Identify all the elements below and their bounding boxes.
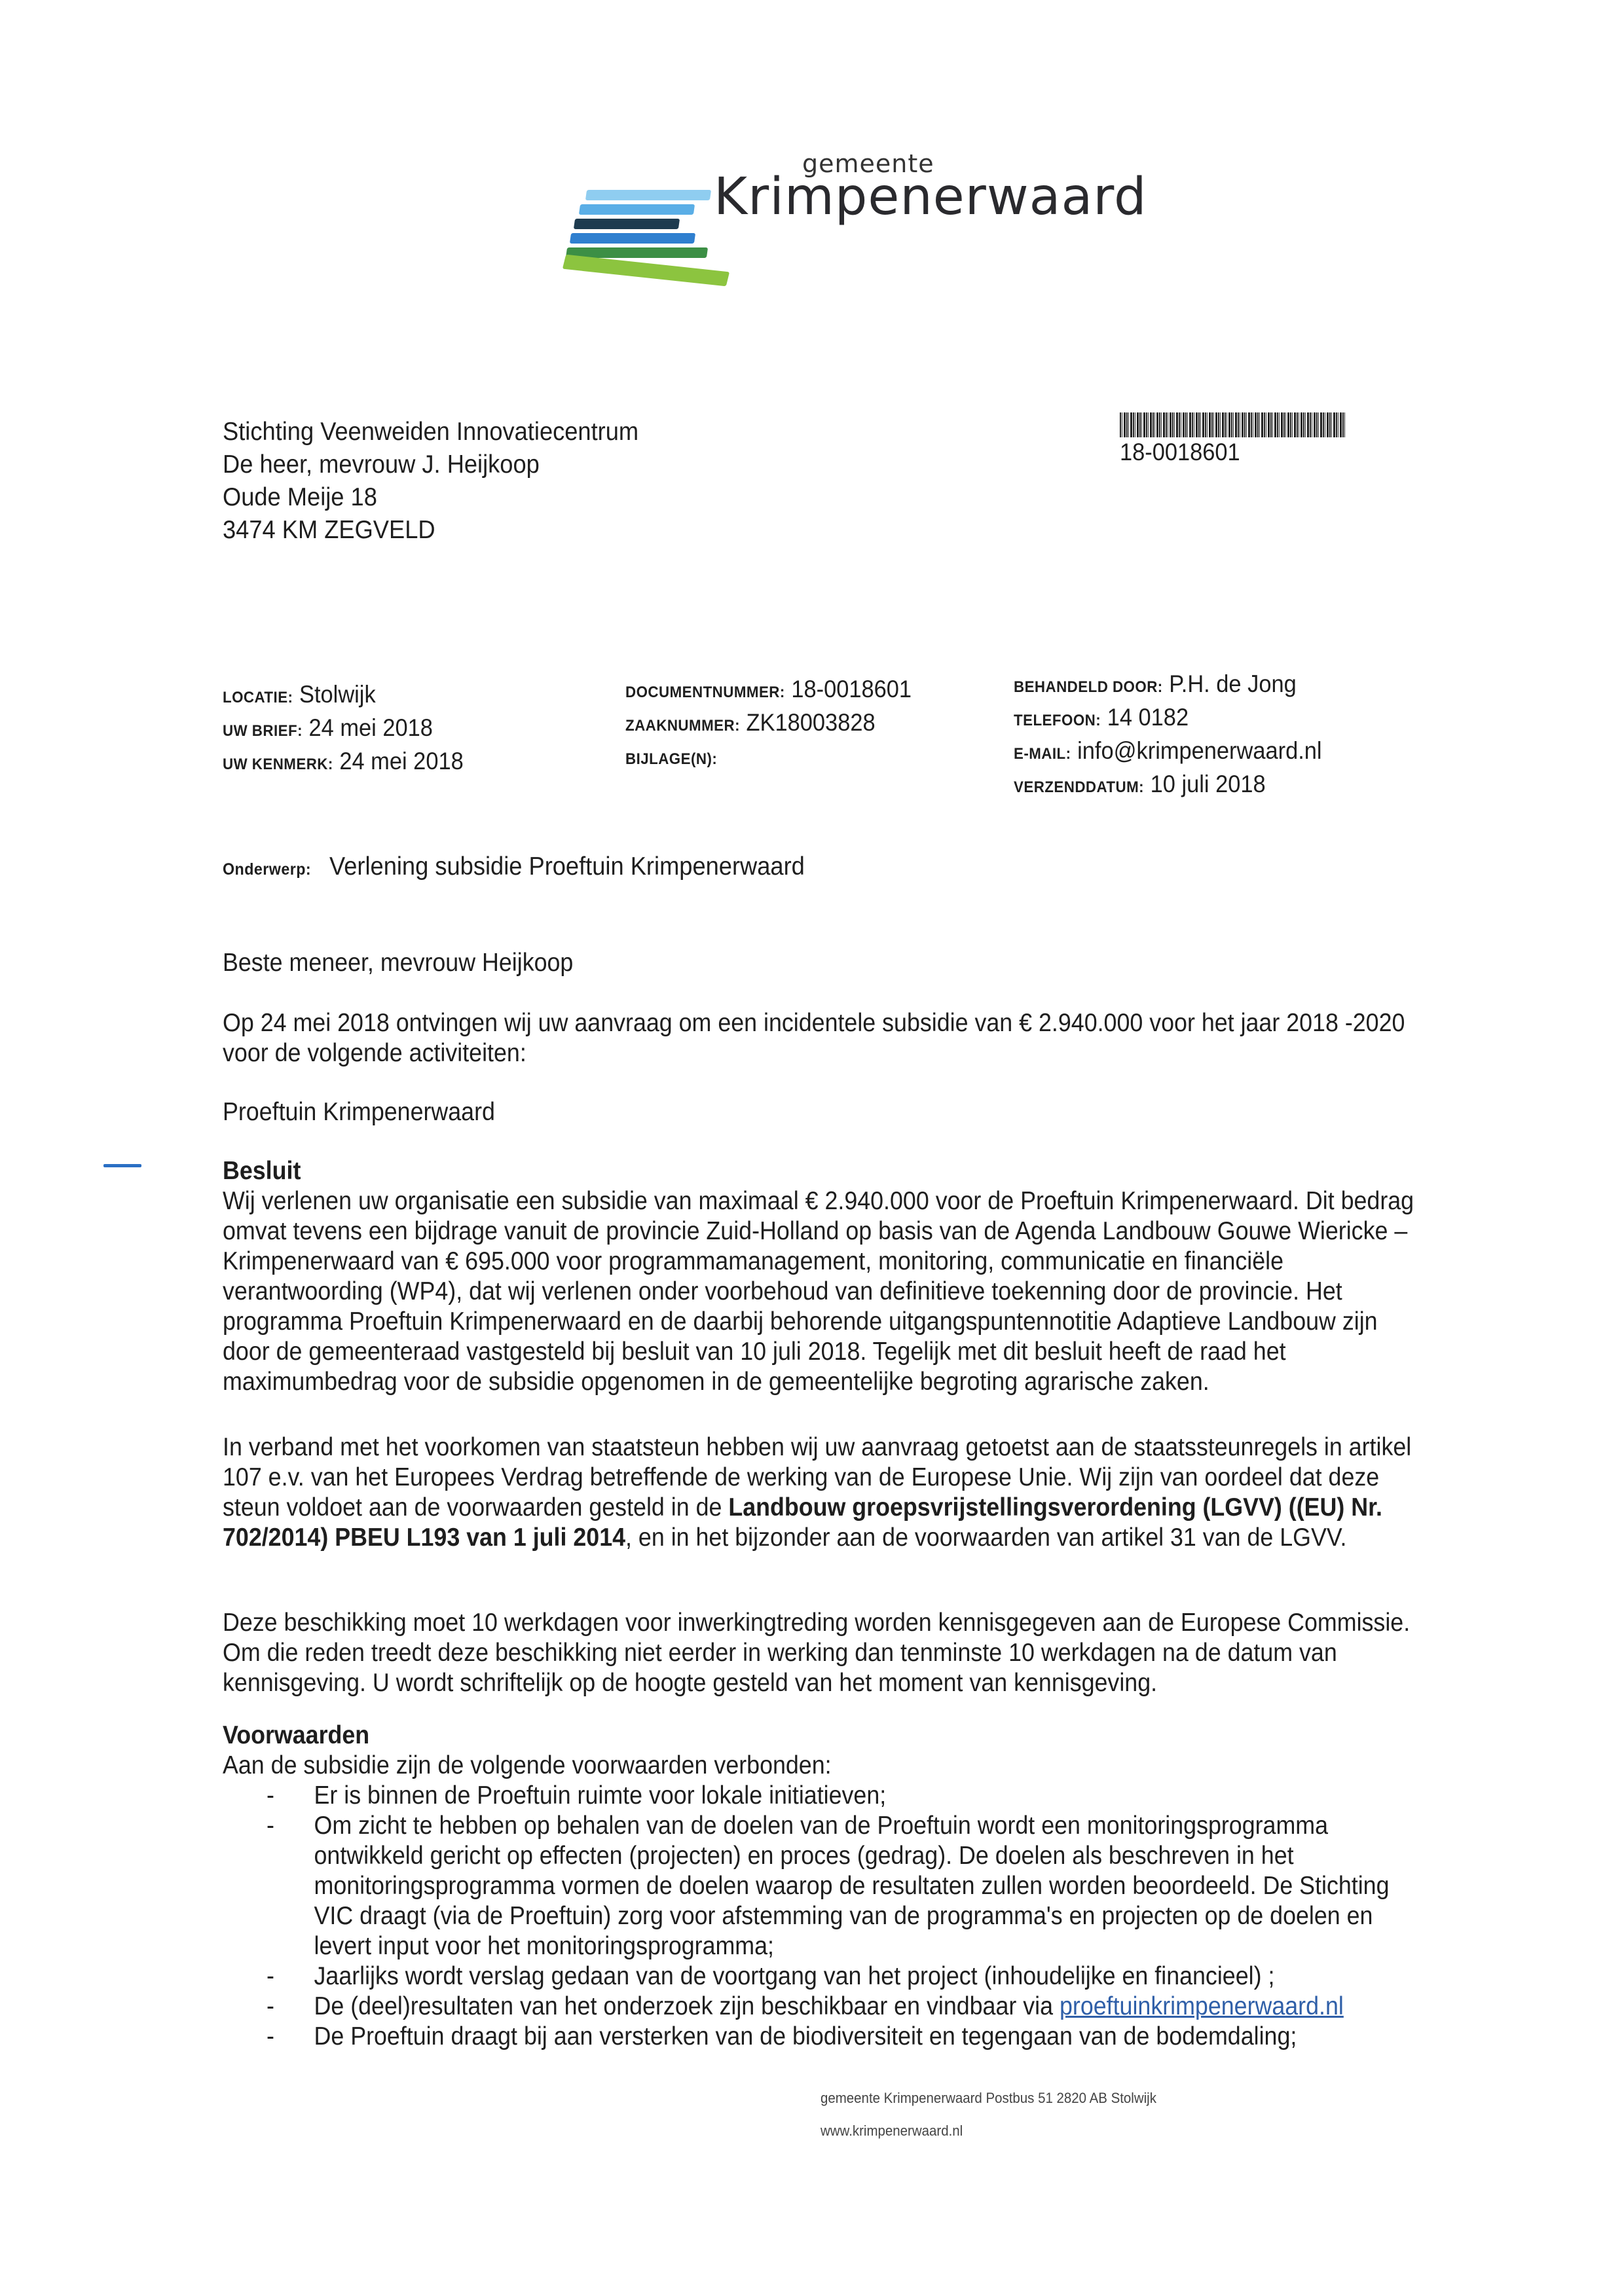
meta-value: 14 0182 (1107, 704, 1189, 731)
meta-row-uw-kenmerk: Uw kenmerk: 24 mei 2018 (223, 746, 464, 780)
meta-value: 18-0018601 (791, 676, 912, 702)
voorwaarden-heading: Voorwaarden (223, 1721, 1416, 1751)
meta-label: Documentnummer: (625, 683, 785, 701)
meta-label: Behandeld door: (1014, 678, 1163, 696)
meta-label: Uw kenmerk: (223, 756, 333, 773)
page-footer: gemeente Krimpenerwaard Postbus 51 2820 … (821, 2082, 1156, 2147)
condition-item: Er is binnen de Proeftuin ruimte voor lo… (223, 1781, 1416, 1811)
staatssteun-paragraph: In verband met het voorkomen van staatst… (223, 1432, 1416, 1553)
footer-website: www.krimpenerwaard.nl (821, 2115, 1156, 2147)
meta-row-zaaknummer: Zaaknummer: ZK18003828 (625, 708, 912, 741)
conditions-list: Er is binnen de Proeftuin ruimte voor lo… (223, 1781, 1416, 2052)
meta-row-telefoon: Telefoon: 14 0182 (1014, 702, 1322, 736)
address-line: Oude Meije 18 (223, 481, 638, 514)
margin-pen-mark (103, 1164, 141, 1167)
recipient-address: Stichting Veenweiden Innovatiecentrum De… (223, 416, 638, 547)
kennisgeving-paragraph: Deze beschikking moet 10 werkdagen voor … (223, 1608, 1416, 1698)
meta-value: 24 mei 2018 (339, 748, 463, 774)
footer-postal-address: gemeente Krimpenerwaard Postbus 51 2820 … (821, 2082, 1156, 2115)
intro-paragraph: Op 24 mei 2018 ontvingen wij uw aanvraag… (223, 1008, 1416, 1068)
condition-text: De Proeftuin draagt bij aan versterken v… (314, 2022, 1297, 2050)
meta-column-reference: Locatie: Stolwijk Uw brief: 24 mei 2018 … (223, 680, 464, 780)
besluit-paragraph: Wij verlenen uw organisatie een subsidie… (223, 1186, 1416, 1397)
meta-row-behandeld-door: Behandeld door: P.H. de Jong (1014, 669, 1322, 702)
logo-organization-name: Krimpenerwaard (714, 168, 1147, 227)
meta-row-locatie: Locatie: Stolwijk (223, 680, 464, 713)
subject-line: Onderwerp:Verlening subsidie Proeftuin K… (223, 852, 805, 881)
meta-value: ZK18003828 (747, 709, 876, 736)
condition-item: Om zicht te hebben op behalen van de doe… (223, 1811, 1416, 1961)
meta-label: Zaaknummer: (625, 717, 740, 735)
condition-text: Om zicht te hebben op behalen van de doe… (314, 1812, 1390, 1960)
meta-column-document: Documentnummer: 18-0018601 Zaaknummer: Z… (625, 674, 912, 774)
condition-item: De (deel)resultaten van het onderzoek zi… (223, 1992, 1416, 2022)
meta-label: E-mail: (1014, 745, 1071, 763)
condition-item: Jaarlijks wordt verslag gedaan van de vo… (223, 1961, 1416, 1992)
barcode-number: 18-0018601 (1120, 439, 1240, 466)
voorwaarden-section: Voorwaarden Aan de subsidie zijn de volg… (223, 1721, 1416, 2052)
meta-label: Locatie: (223, 689, 293, 706)
activity-name: Proeftuin Krimpenerwaard (223, 1097, 1416, 1127)
condition-item: De Proeftuin draagt bij aan versterken v… (223, 2022, 1416, 2052)
address-line: 3474 KM ZEGVELD (223, 514, 638, 547)
meta-row-uw-brief: Uw brief: 24 mei 2018 (223, 713, 464, 746)
condition-text: Jaarlijks wordt verslag gedaan van de vo… (314, 1962, 1275, 1990)
besluit-heading: Besluit (223, 1156, 1416, 1186)
barcode-icon (1120, 412, 1346, 437)
address-line: De heer, mevrouw J. Heijkoop (223, 448, 638, 481)
meta-value: P.H. de Jong (1169, 670, 1297, 697)
meta-label: Bijlage(n): (625, 750, 717, 768)
proeftuin-website-link[interactable]: proeftuinkrimpenerwaard.nl (1060, 1992, 1344, 2020)
subject-value: Verlening subsidie Proeftuin Krimpenerwa… (329, 852, 805, 881)
staatssteun-text-end: , en in het bijzonder aan de voorwaarden… (625, 1523, 1346, 1552)
address-line: Stichting Veenweiden Innovatiecentrum (223, 416, 638, 448)
voorwaarden-intro: Aan de subsidie zijn de volgende voorwaa… (223, 1751, 1416, 1781)
meta-row-bijlagen: Bijlage(n): (625, 741, 912, 774)
meta-label: Uw brief: (223, 722, 303, 740)
meta-value: 24 mei 2018 (309, 714, 433, 741)
meta-value: Stolwijk (299, 681, 376, 708)
condition-text: De (deel)resultaten van het onderzoek zi… (314, 1992, 1060, 2020)
meta-label: Telefoon: (1014, 712, 1101, 729)
meta-value: 10 juli 2018 (1151, 771, 1266, 797)
meta-row-verzenddatum: Verzenddatum: 10 juli 2018 (1014, 769, 1322, 803)
meta-row-email: E-mail: info@krimpenerwaard.nl (1014, 736, 1322, 769)
meta-row-documentnummer: Documentnummer: 18-0018601 (625, 674, 912, 708)
besluit-section: Besluit Wij verlenen uw organisatie een … (223, 1156, 1416, 1397)
subject-label: Onderwerp: (223, 860, 311, 879)
meta-label: Verzenddatum: (1014, 778, 1144, 796)
meta-value: info@krimpenerwaard.nl (1077, 737, 1321, 764)
condition-text: Er is binnen de Proeftuin ruimte voor lo… (314, 1781, 887, 1810)
salutation: Beste meneer, mevrouw Heijkoop (223, 948, 1416, 978)
meta-column-contact: Behandeld door: P.H. de Jong Telefoon: 1… (1014, 669, 1322, 803)
